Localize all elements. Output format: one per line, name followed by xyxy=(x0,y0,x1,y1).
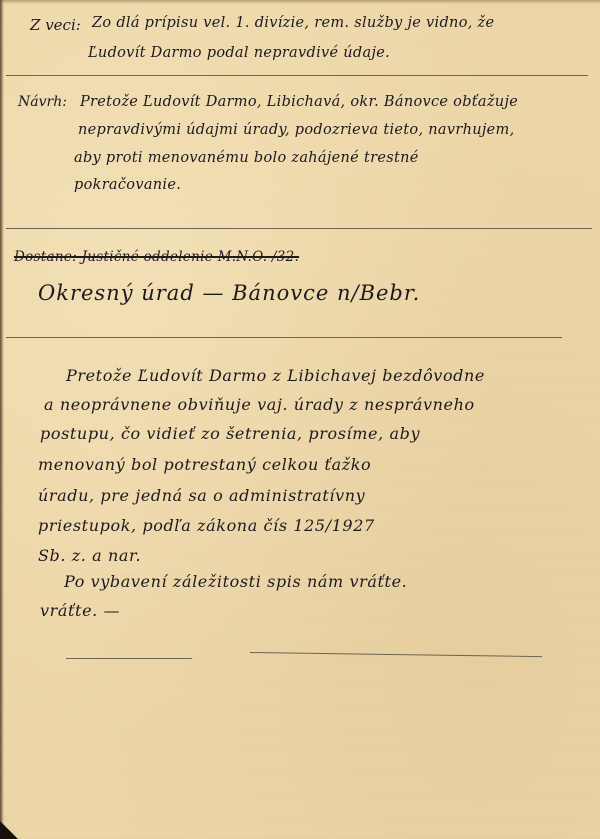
body-line-5: úradu, pre jedná sa o administratívny xyxy=(38,488,365,504)
body-line-2: a neoprávnene obviňuje vaj. úrady z nesp… xyxy=(44,397,475,413)
paper-edge-top xyxy=(0,0,600,4)
divider-rule-1 xyxy=(6,75,588,76)
body-line-3: postupu, čo vidieť zo šetrenia, prosíme,… xyxy=(40,426,420,442)
paper-corner xyxy=(0,821,18,839)
document-page: Z veci: Zo dlá prípisu vel. 1. divízie, … xyxy=(0,0,600,839)
proposal-label: Návrh: xyxy=(18,94,67,110)
proposal-line-3: aby proti menovanému bolo zahájené trest… xyxy=(74,151,419,166)
divider-rule-3 xyxy=(6,337,562,338)
body-line-6: priestupok, podľa zákona čís 125/1927 xyxy=(38,518,375,534)
paper-edge-left xyxy=(0,0,4,839)
recipient-line: Okresný úrad — Bánovce n/Bebr. xyxy=(38,283,420,304)
subject-line-2: Ľudovít Darmo podal nepravdivé údaje. xyxy=(88,46,390,61)
body-line-1: Pretože Ľudovít Darmo z Libichavej bezdô… xyxy=(66,368,485,384)
proposal-line-2: nepravdivými údajmi úrady, podozrieva ti… xyxy=(78,123,515,138)
signature-rule-right xyxy=(250,652,542,657)
body-line-4: menovaný bol potrestaný celkou ťažko xyxy=(38,457,371,473)
divider-rule-2 xyxy=(6,228,592,229)
struck-recipient-line: Dostane: Justičné oddelenie M.N.O. /32. xyxy=(14,251,299,265)
subject-label: Z veci: xyxy=(30,16,81,34)
body-line-8: Po vybavení záležitosti spis nám vráťte. xyxy=(64,574,407,590)
signature-rule-left xyxy=(66,658,192,659)
proposal-line-1: Pretože Ľudovít Darmo, Libichavá, okr. B… xyxy=(80,95,518,110)
body-line-9: vráťte. — xyxy=(40,603,120,619)
body-line-7: Sb. z. a nar. xyxy=(38,548,141,564)
subject-line-1: Zo dlá prípisu vel. 1. divízie, rem. slu… xyxy=(92,16,494,31)
proposal-line-4: pokračovanie. xyxy=(74,178,181,193)
